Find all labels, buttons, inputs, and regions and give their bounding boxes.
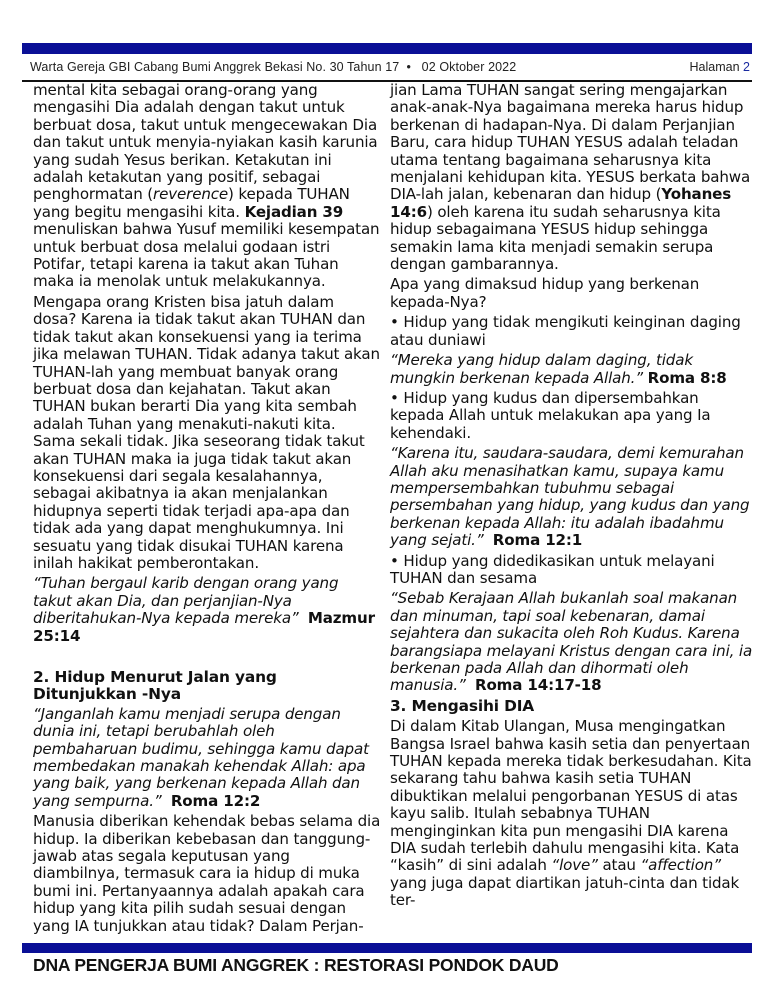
italic-term: “love” — [551, 856, 597, 874]
footer-title: DNA PENGERJA BUMI ANGGREK : RESTORASI PO… — [33, 955, 559, 976]
scripture-quote: “Janganlah kamu menjadi serupa dengan du… — [33, 706, 381, 810]
page-number: 2 — [743, 60, 750, 74]
scripture-reference: Roma 12:2 — [171, 792, 260, 810]
quote-text: “Tuhan bergaul karib dengan orang yang t… — [33, 574, 338, 627]
section-heading: 3. Mengasihi DIA — [390, 698, 756, 715]
issue-date: 02 Oktober 2022 — [422, 60, 517, 74]
text: Di dalam Kitab Ulangan, Musa mengingatka… — [390, 717, 752, 874]
publication-title: Warta Gereja GBI Cabang Bumi Anggrek Bek… — [30, 60, 399, 74]
text: menuliskan bahwa Yusuf memiliki kesempat… — [33, 220, 379, 290]
scripture-quote: “Tuhan bergaul karib dengan orang yang t… — [33, 575, 381, 645]
italic-term: “affection” — [641, 856, 721, 874]
scripture-reference: Roma 14:17-18 — [475, 676, 602, 694]
scripture-quote: “Mereka yang hidup dalam daging, tidak m… — [390, 352, 756, 387]
page-indicator: Halaman 2 — [690, 60, 752, 74]
text: yang juga dapat diartikan jatuh-cinta da… — [390, 874, 739, 909]
paragraph: mental kita sebagai orang-orang yang men… — [33, 82, 381, 291]
bullet-item: • Hidup yang didedikasikan untuk melayan… — [390, 553, 756, 588]
header-accent-bar — [22, 43, 752, 54]
bullet-item: • Hidup yang tidak mengikuti keinginan d… — [390, 314, 756, 349]
page-label: Halaman — [690, 60, 740, 74]
paragraph: Apa yang dimaksud hidup yang berkenan ke… — [390, 276, 756, 311]
scripture-reference: Roma 12:1 — [493, 531, 582, 549]
text: atau — [598, 856, 641, 874]
paragraph: Mengapa orang Kristen bisa jatuh dalam d… — [33, 294, 381, 573]
right-column: jian Lama TUHAN sangat sering mengajarka… — [390, 82, 756, 913]
scripture-quote: “Karena itu, saudara-saudara, demi kemur… — [390, 445, 756, 549]
footer-accent-bar — [22, 943, 752, 953]
publication-info: Warta Gereja GBI Cabang Bumi Anggrek Bek… — [22, 60, 516, 74]
bullet-separator: • — [406, 60, 410, 74]
section-heading: 2. Hidup Menurut Jalan yang Ditunjukkan … — [33, 669, 381, 704]
italic-term: reverence — [153, 185, 228, 203]
bullet-item: • Hidup yang kudus dan dipersembahkan ke… — [390, 390, 756, 442]
left-column: mental kita sebagai orang-orang yang men… — [33, 82, 381, 938]
scripture-reference: Kejadian 39 — [245, 203, 344, 221]
paragraph: jian Lama TUHAN sangat sering mengajarka… — [390, 82, 756, 273]
scripture-quote: “Sebab Kerajaan Allah bukanlah soal maka… — [390, 590, 756, 694]
paragraph: Di dalam Kitab Ulangan, Musa mengingatka… — [390, 718, 756, 909]
text: ) oleh karena itu sudah seharusnya kita … — [390, 203, 721, 273]
page-header: Warta Gereja GBI Cabang Bumi Anggrek Bek… — [22, 56, 752, 78]
scripture-reference: Roma 8:8 — [648, 369, 727, 387]
paragraph: Manusia diberikan kehendak bebas selama … — [33, 813, 381, 935]
